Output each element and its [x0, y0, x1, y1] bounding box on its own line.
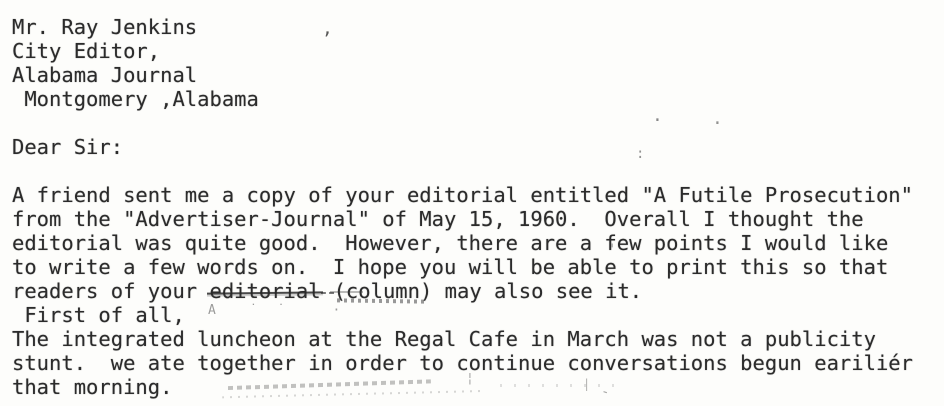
body-line: First of all, [12, 303, 913, 327]
body-line: editorial was quite good. However, there… [12, 231, 913, 255]
body-line: from the "Advertiser-Journal" of May 15,… [12, 207, 913, 231]
letter-page: Mr. Ray Jenkins City Editor, Alabama Jou… [0, 0, 944, 406]
recipient-city: Montgomery ,Alabama [12, 87, 913, 111]
recipient-name: Mr. Ray Jenkins [12, 15, 913, 39]
stray-comma-mark: , [322, 18, 333, 39]
body-line: stunt. we ate together in order to conti… [12, 351, 913, 375]
blank-line [12, 159, 913, 183]
recipient-title: City Editor, [12, 39, 913, 63]
faint-erased-marks: A ˙ ˙ · [208, 303, 346, 318]
body-line: A friend sent me a copy of your editoria… [12, 183, 913, 207]
ink-speck: ' [608, 242, 616, 258]
struck-word: editorial [209, 279, 320, 303]
recipient-organization: Alabama Journal [12, 63, 913, 87]
body-line: The integrated luncheon at the Regal Caf… [12, 327, 913, 351]
correction-prefix: readers of your [12, 279, 209, 303]
erased-fragment: ¦ [466, 371, 474, 386]
body-line: to write a few words on. I hope you will… [12, 255, 913, 279]
letter-text: Mr. Ray Jenkins City Editor, Alabama Jou… [12, 15, 913, 399]
salutation: Dear Sir: [12, 135, 913, 159]
ink-speck: : [636, 146, 644, 162]
ink-speck: · [712, 113, 723, 134]
ink-speck: · [652, 110, 663, 131]
erased-fragment: | [583, 377, 590, 391]
inserted-word: (column) [334, 279, 433, 303]
blank-line [12, 111, 913, 135]
correction-suffix: may also see it. [432, 279, 642, 303]
body-line-with-correction: readers of your editorial(column) may al… [12, 279, 913, 303]
